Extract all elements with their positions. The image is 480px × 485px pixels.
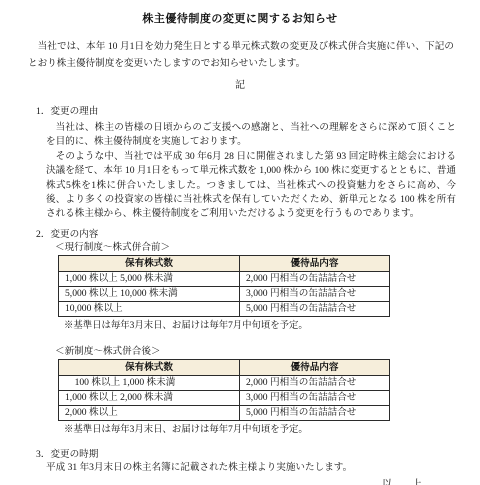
- benefit-cell: 5,000 円相当の缶詰詰合せ: [240, 405, 390, 420]
- section-1-heading: 1．変更の理由: [36, 105, 480, 118]
- shares-cell: 1,000 株以上 2,000 株未満: [59, 390, 240, 405]
- table-row: 5,000 株以上 10,000 株未満 3,000 円相当の缶詰詰合せ: [59, 286, 390, 301]
- shares-cell: 1,000 株以上 5,000 株未満: [59, 271, 240, 286]
- holdings-table-current: 保有株式数 優待品内容 1,000 株以上 5,000 株未満 2,000 円相…: [58, 255, 390, 317]
- holdings-table-new: 保有株式数 優待品内容 100 株以上 1,000 株未満 2,000 円相当の…: [58, 359, 390, 421]
- section-3-body: 平成 31 年3月末日の株主名簿に記載された株主様より実施いたします。: [46, 461, 480, 474]
- column-header-benefit: 優待品内容: [240, 359, 390, 375]
- reason-paragraph-1: 当社は、株主の皆様の日頃からのご支援への感謝と、当社への理解をさらに深めて頂くこ…: [46, 121, 456, 150]
- column-header-benefit: 優待品内容: [240, 255, 390, 271]
- benefit-cell: 2,000 円相当の缶詰詰合せ: [240, 375, 390, 390]
- benefit-cell: 2,000 円相当の缶詰詰合せ: [240, 271, 390, 286]
- shares-cell: 100 株以上 1,000 株未満: [59, 375, 240, 390]
- section-1-body: 当社は、株主の皆様の日頃からのご支援への感謝と、当社への理解をさらに深めて頂くこ…: [46, 121, 456, 222]
- table-row: 100 株以上 1,000 株未満 2,000 円相当の缶詰詰合せ: [59, 375, 390, 390]
- table-row: 10,000 株以上 5,000 円相当の缶詰詰合せ: [59, 301, 390, 316]
- table-header-row: 保有株式数 優待品内容: [59, 255, 390, 271]
- table-row: 1,000 株以上 5,000 株未満 2,000 円相当の缶詰詰合せ: [59, 271, 390, 286]
- table-row: 1,000 株以上 2,000 株未満 3,000 円相当の缶詰詰合せ: [59, 390, 390, 405]
- notice-document: 株主優待制度の変更に関するお知らせ 当社では、本年 10 月1日を効力発生日とす…: [0, 0, 480, 485]
- new-table-label: ＜新制度～株式併合後＞: [55, 345, 480, 358]
- shares-cell: 2,000 株以上: [59, 405, 240, 420]
- current-table-note: ※基準日は毎年3月末日、お届けは毎年7月中旬頃を予定。: [64, 320, 480, 332]
- section-2-number: 2．: [36, 228, 50, 241]
- section-2-heading: 2．変更の内容: [36, 228, 480, 241]
- column-header-shares: 保有株式数: [59, 359, 240, 375]
- benefit-cell: 3,000 円相当の缶詰詰合せ: [240, 390, 390, 405]
- section-1-title: 変更の理由: [50, 106, 98, 117]
- benefit-cell: 5,000 円相当の缶詰詰合せ: [240, 301, 390, 316]
- table-row: 2,000 株以上 5,000 円相当の缶詰詰合せ: [59, 405, 390, 420]
- reason-paragraph-2: そのような中、当社では平成 30 年6月 28 日に開催されました第 93 回定…: [46, 150, 456, 222]
- section-3-title: 変更の時期: [50, 449, 98, 460]
- shares-cell: 10,000 株以上: [59, 301, 240, 316]
- section-1-number: 1．: [36, 105, 50, 118]
- shares-cell: 5,000 株以上 10,000 株未満: [59, 286, 240, 301]
- section-3-number: 3．: [36, 448, 50, 461]
- new-table-note: ※基準日は毎年3月末日、お届けは毎年7月中旬頃を予定。: [64, 424, 480, 436]
- table-header-row: 保有株式数 優待品内容: [59, 359, 390, 375]
- page-title: 株主優待制度の変更に関するお知らせ: [0, 13, 480, 25]
- section-3-heading: 3．変更の時期: [36, 448, 480, 461]
- closing-mark: 以 上: [0, 478, 422, 485]
- section-2-title: 変更の内容: [50, 229, 98, 240]
- intro-paragraph: 当社では、本年 10 月1日を効力発生日とする単元株式数の変更及び株式併合実施に…: [28, 38, 454, 72]
- record-mark: 記: [0, 80, 480, 92]
- benefit-cell: 3,000 円相当の缶詰詰合せ: [240, 286, 390, 301]
- column-header-shares: 保有株式数: [59, 255, 240, 271]
- current-table-label: ＜現行制度～株式併合前＞: [55, 241, 480, 254]
